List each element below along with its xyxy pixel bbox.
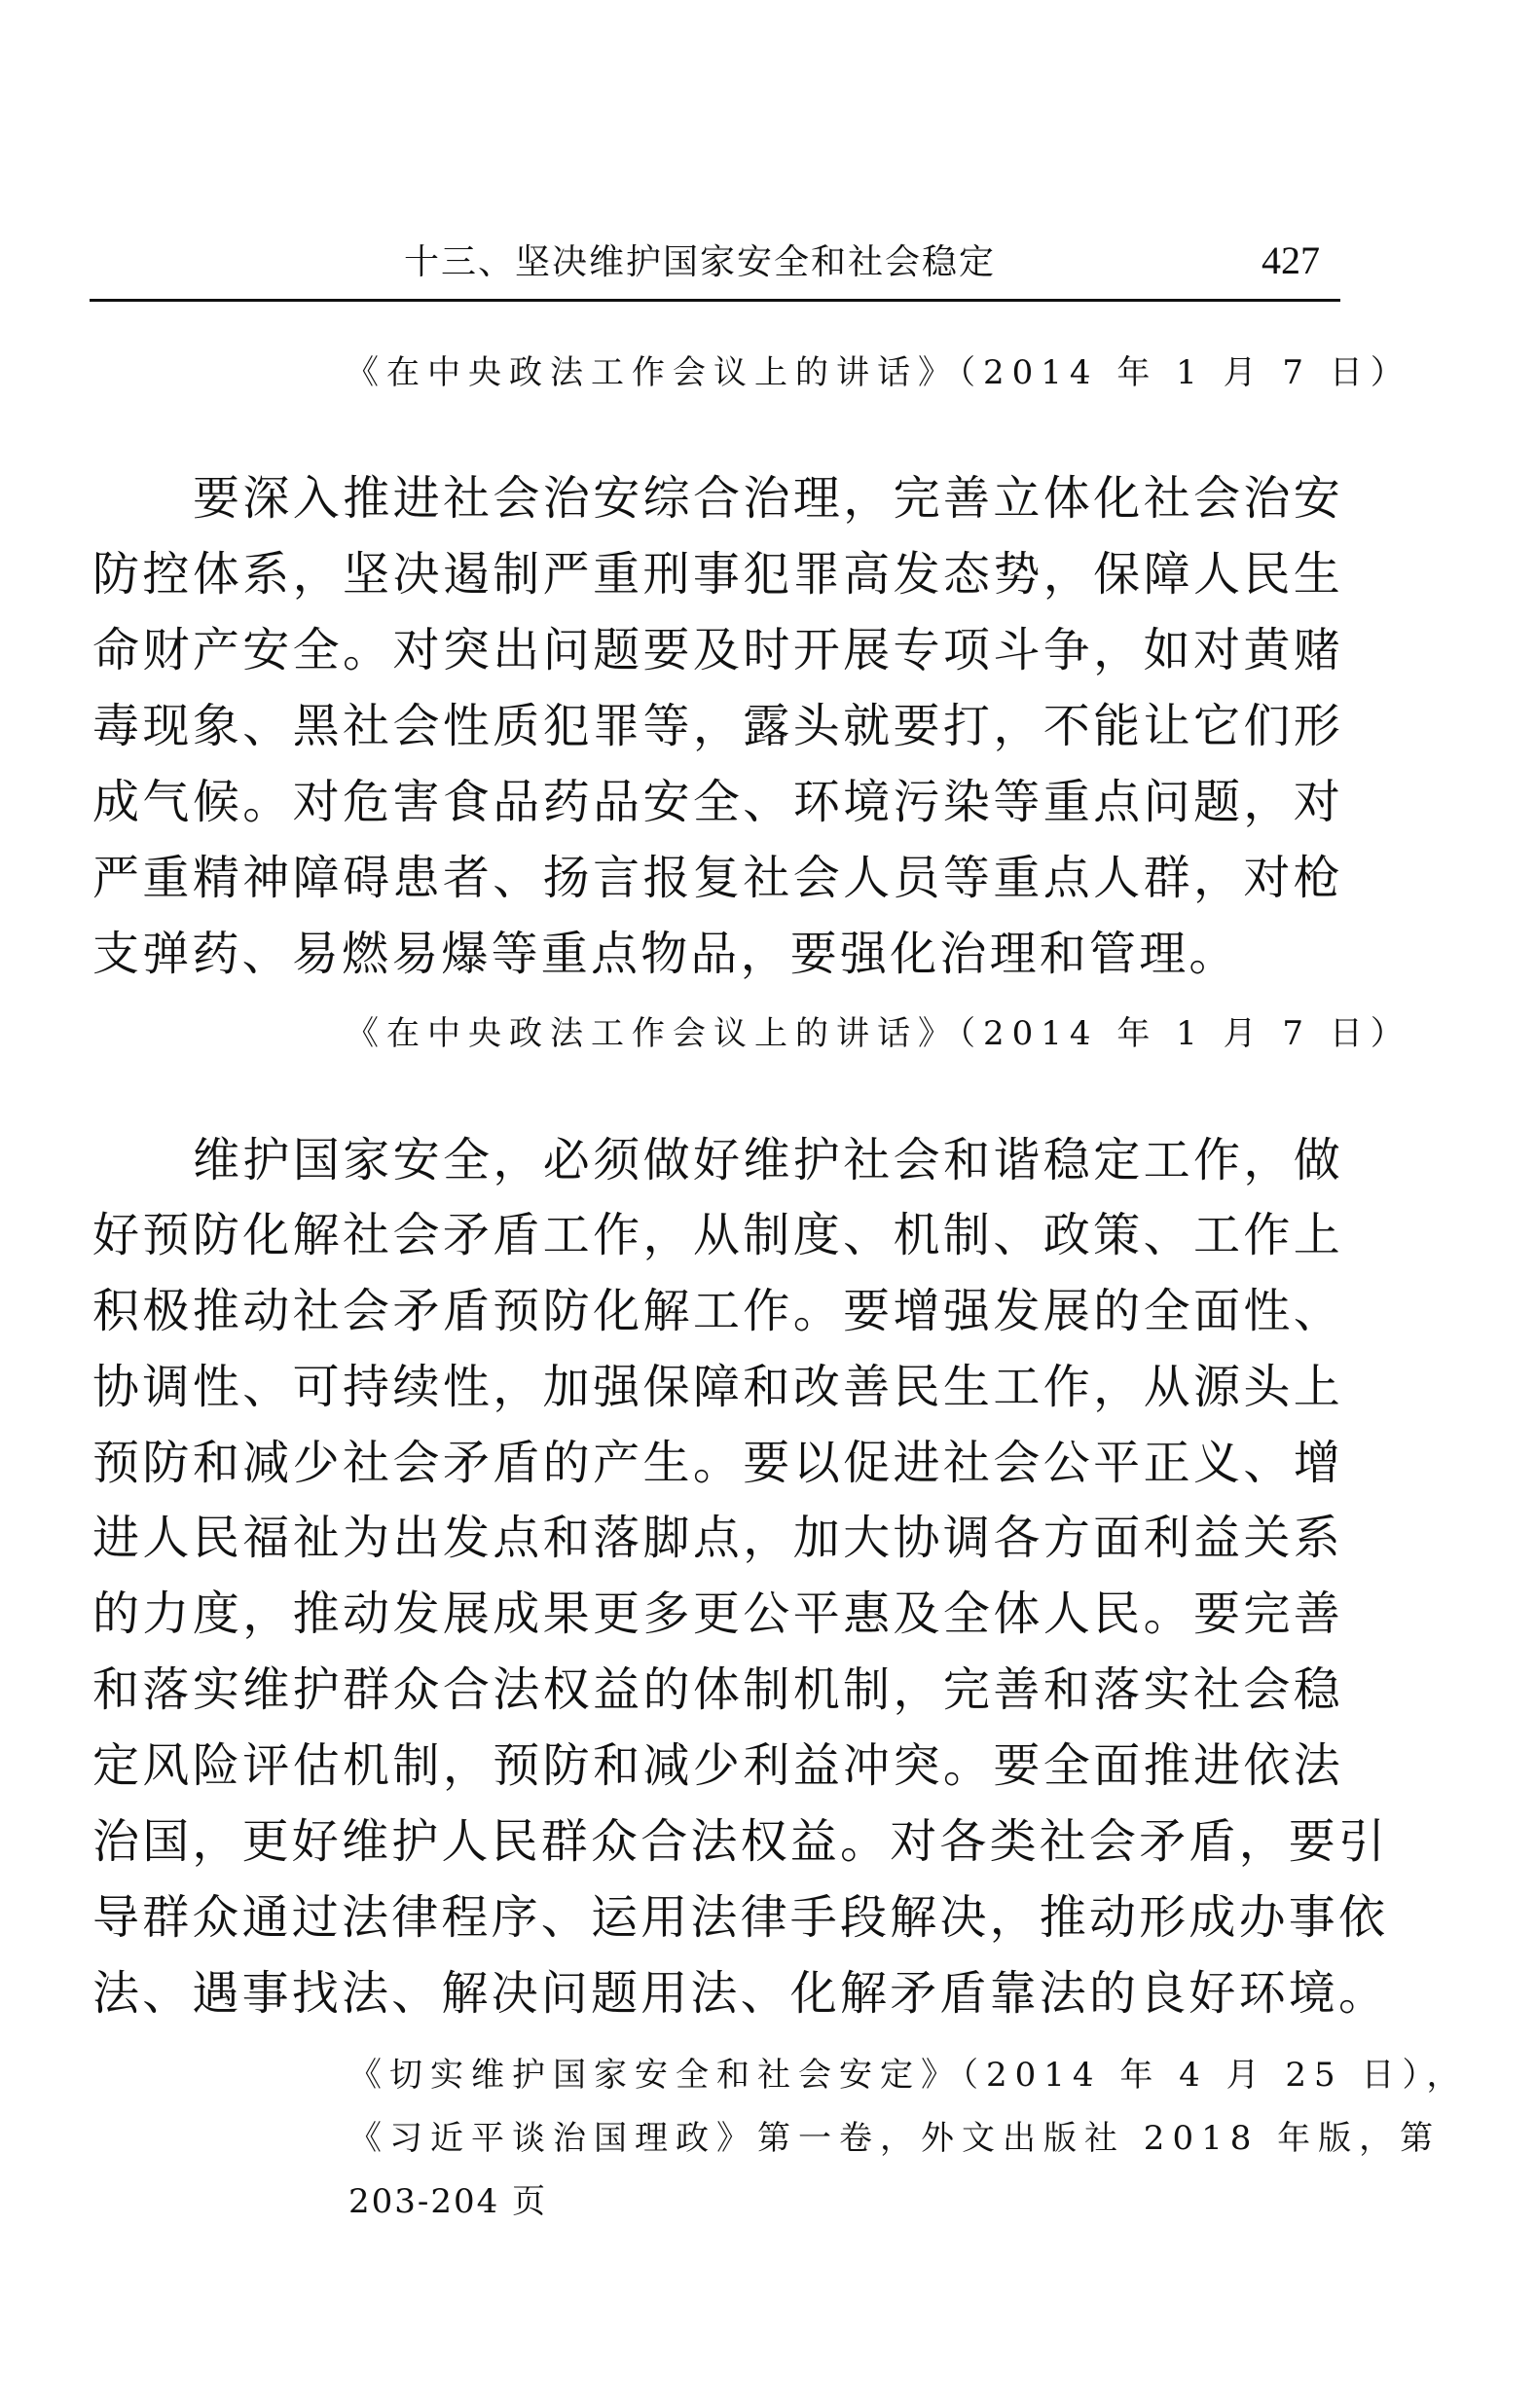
citation-line: 203-204 页	[348, 2180, 547, 2223]
paragraph-line: 好预防化解社会矛盾工作，从制度、机制、政策、工作上	[92, 1208, 1343, 1262]
paragraph-line: 积极推动社会矛盾预防化解工作。要增强发展的全面性、	[92, 1284, 1343, 1338]
paragraph-line: 的力度，推动发展成果更多更公平惠及全体人民。要完善	[92, 1587, 1343, 1641]
page-number: 427	[1262, 239, 1320, 282]
citation-after-paragraph-1: 《在中央政法工作会议上的讲话》（2014 年 1 月 7 日）	[346, 1012, 1411, 1055]
paragraph-line: 命财产安全。对突出问题要及时开展专项斗争，如对黄赌	[92, 623, 1343, 677]
paragraph-line: 进人民福祉为出发点和落脚点，加大协调各方面利益关系	[92, 1511, 1343, 1565]
citation-line: 《习近平谈治国理政》第一卷，外文出版社 2018 年版，第	[348, 2117, 1441, 2160]
paragraph-line: 协调性、可持续性，加强保障和改善民生工作，从源头上	[92, 1360, 1343, 1414]
paragraph-line: 要深入推进社会治安综合治理，完善立体化社会治安	[193, 471, 1343, 526]
paragraph-line: 和落实维护群众合法权益的体制机制，完善和落实社会稳	[92, 1662, 1343, 1717]
paragraph-line: 毒现象、黑社会性质犯罪等，露头就要打，不能让它们形	[92, 699, 1343, 753]
paragraph-line: 法、遇事找法、解决问题用法、化解矛盾靠法的良好环境。	[92, 1966, 1343, 2021]
paragraph-line: 导群众通过法律程序、运用法律手段解决，推动形成办事依	[92, 1890, 1343, 1945]
paragraph-line: 防控体系，坚决遏制严重刑事犯罪高发态势，保障人民生	[92, 547, 1343, 602]
paragraph-line: 维护国家安全，必须做好维护社会和谐稳定工作，做	[193, 1133, 1343, 1187]
header-rule	[90, 299, 1340, 302]
paragraph-line: 预防和减少社会矛盾的产生。要以促进社会公平正义、增	[92, 1436, 1343, 1490]
running-title: 十三、坚决维护国家安全和社会稳定	[404, 241, 996, 284]
paragraph-line: 治国，更好维护人民群众合法权益。对各类社会矛盾，要引	[92, 1814, 1343, 1869]
citation-line: 《切实维护国家安全和社会安定》（2014 年 4 月 25 日），	[348, 2054, 1467, 2097]
book-page: 十三、坚决维护国家安全和社会稳定 427 《在中央政法工作会议上的讲话》（201…	[0, 0, 1536, 2408]
paragraph-line: 严重精神障碍患者、扬言报复社会人员等重点人群，对枪	[92, 851, 1343, 905]
paragraph-line: 定风险评估机制，预防和减少利益冲突。要全面推进依法	[92, 1738, 1343, 1793]
paragraph-line: 成气候。对危害食品药品安全、环境污染等重点问题，对	[92, 775, 1343, 829]
citation-top: 《在中央政法工作会议上的讲话》（2014 年 1 月 7 日）	[346, 351, 1411, 394]
paragraph-line: 支弹药、易燃易爆等重点物品，要强化治理和管理。	[92, 927, 1343, 981]
